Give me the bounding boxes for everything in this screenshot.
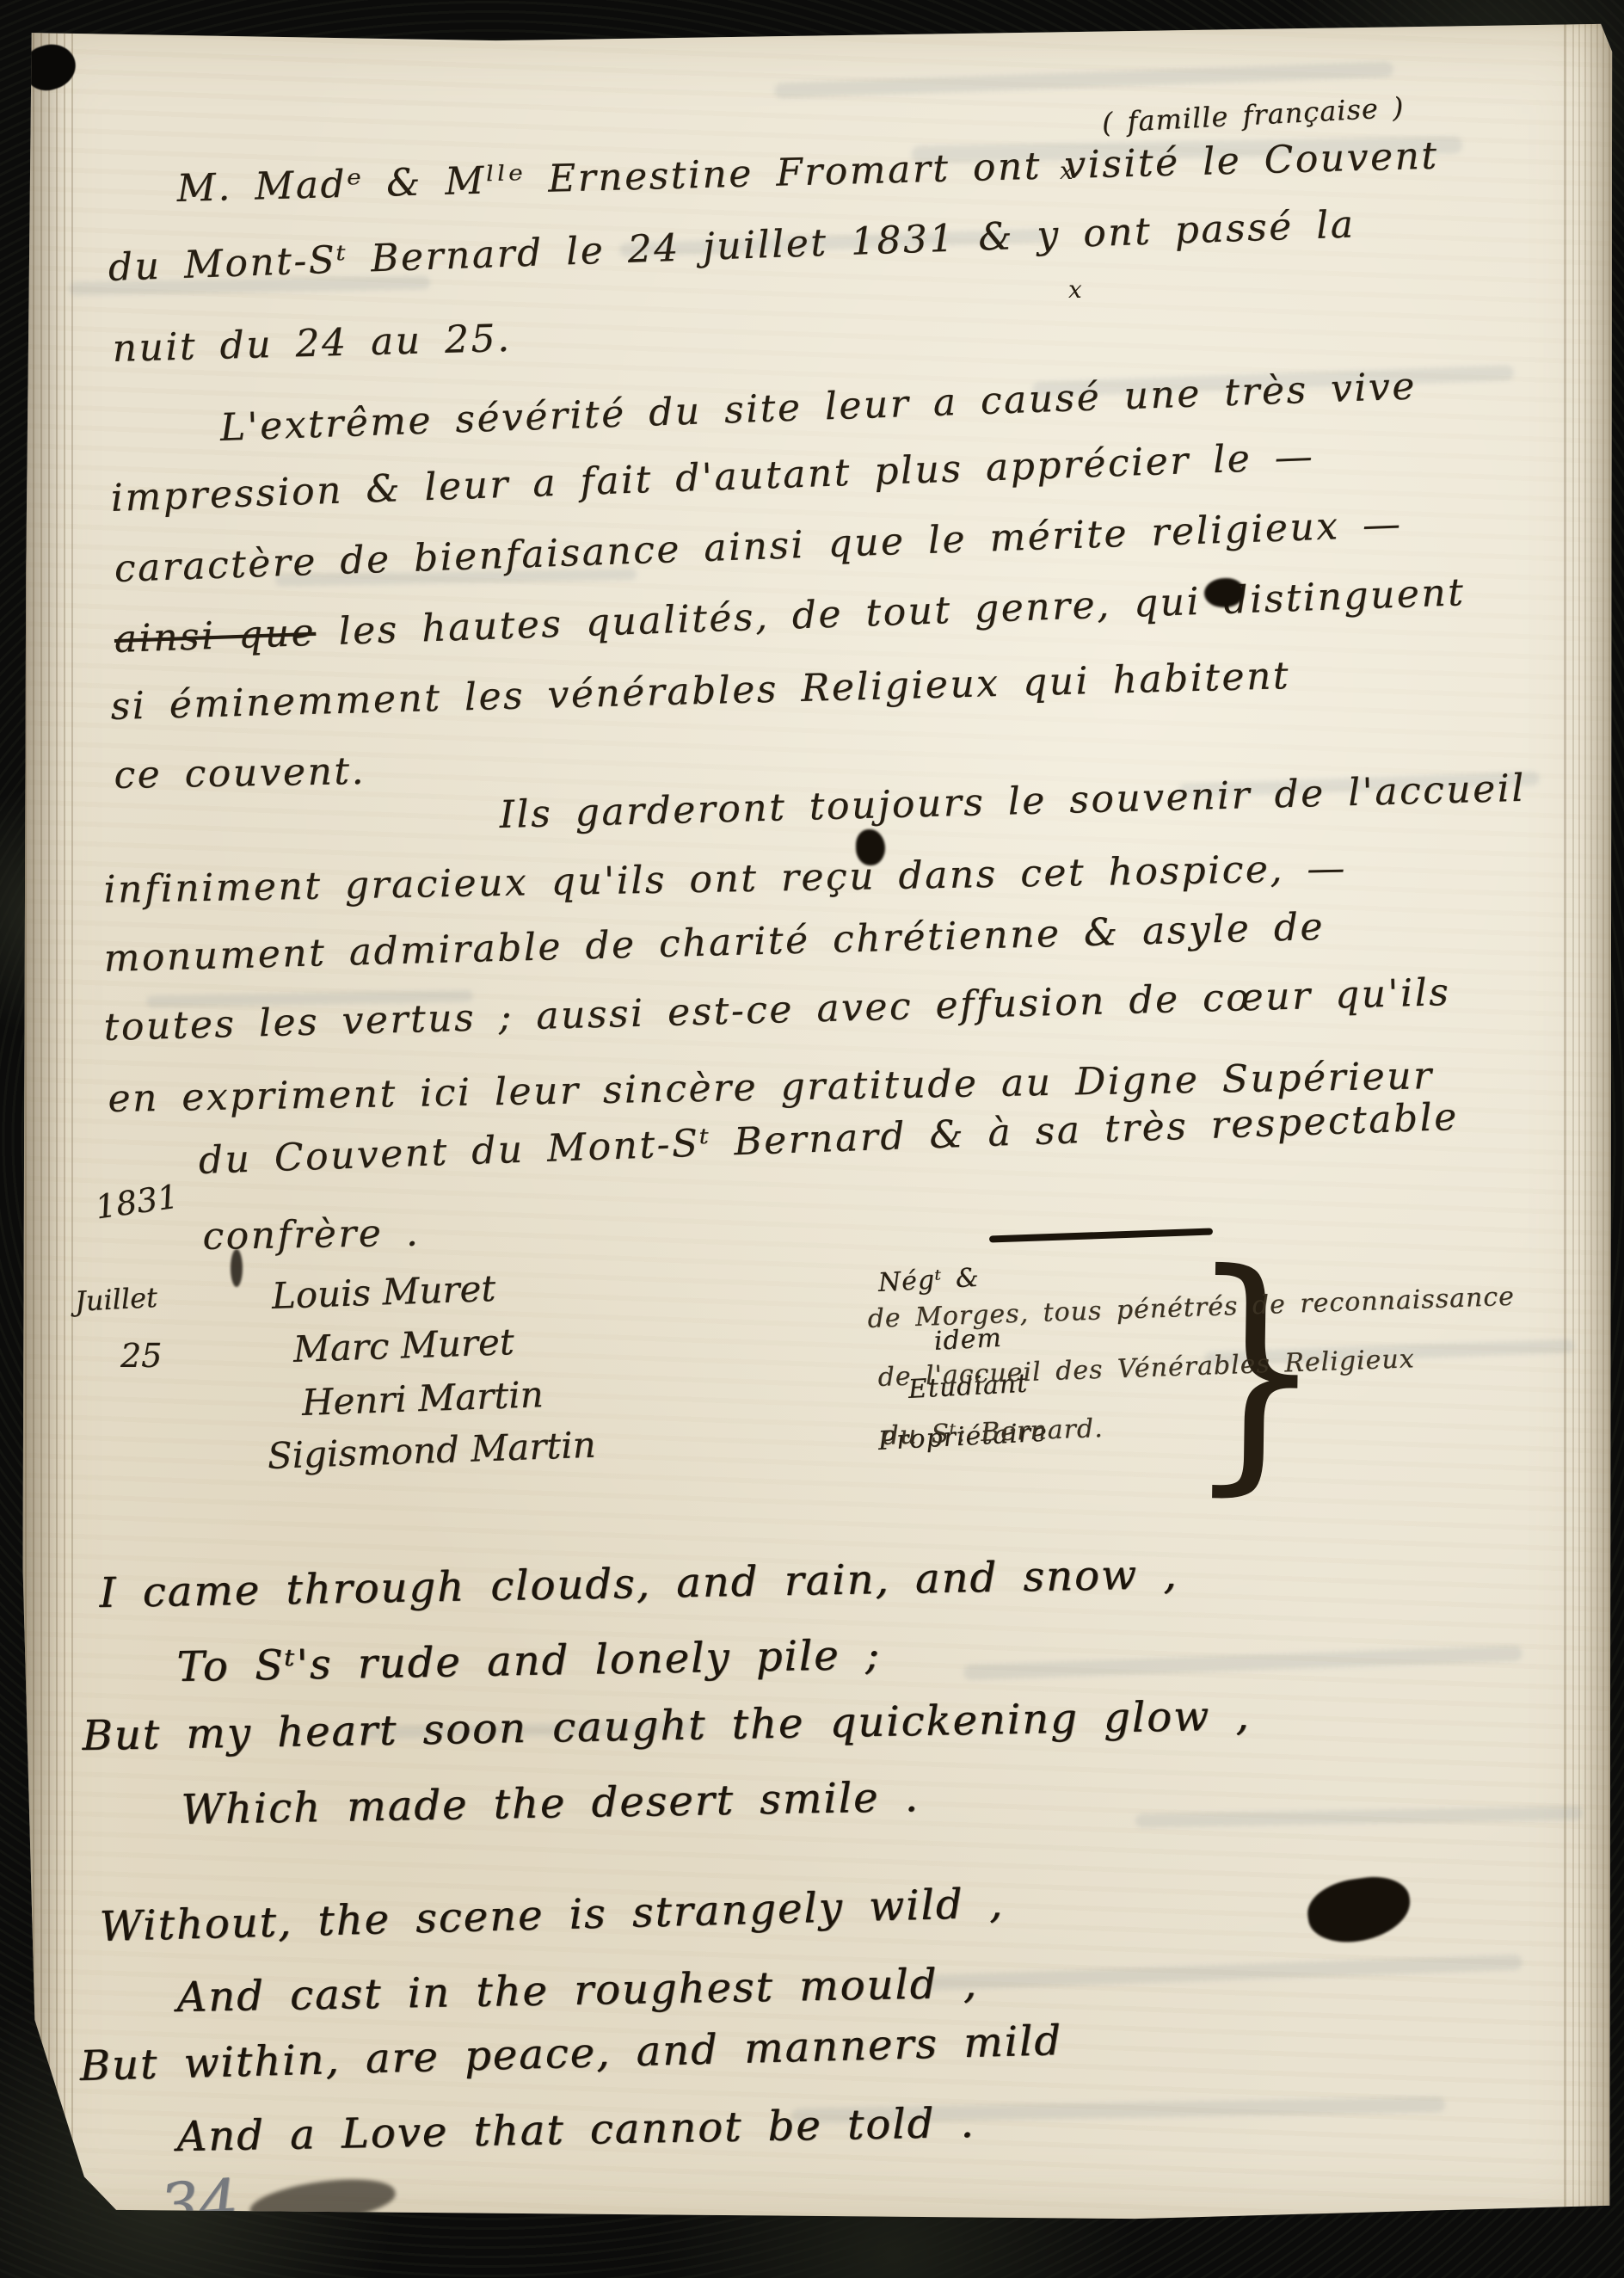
registry-name: Marc Muret [292,1321,514,1370]
insertion-mark: x [1068,275,1082,304]
poem-line: And cast in the roughest mould , [176,1960,978,2022]
poem-line: Which made the desert smile . [181,1773,920,1834]
crossed-out-text: ainsi que [114,611,317,662]
entry-line-fr: infiniment gracieux qu'ils ont reçu dans… [103,847,1347,912]
entry-line-fr: ce couvent. [114,749,366,797]
entry-line-fr: du Mont-Sᵗ Bernard le 24 juillet 1831 & … [108,202,1356,290]
page-crease [1564,21,1566,2230]
book-scan-background: { "annotation": { "text": "( famille fra… [0,0,1624,2278]
registry-occupation: Négᵗ & [877,1263,981,1298]
manuscript-page: ( famille française ) x x M. Madᵉ & Mˡˡᵉ… [17,21,1614,2230]
entry-line-fr: si éminemment les vénérables Religieux q… [110,654,1291,729]
page-edge-right [1572,21,1614,2230]
entry-line-fr: caractère de bienfaisance ainsi que le m… [114,502,1403,591]
poem-line: To Sᵗ's rude and lonely pile ; [176,1631,881,1691]
margin-year: 1831 [93,1178,181,1227]
registry-name: Sigismond Martin [267,1424,596,1477]
poem-line: But my heart soon caught the quickening … [82,1691,1251,1760]
ink-blot [856,829,885,865]
ink-smear [247,2170,397,2232]
poem-line: I came through clouds, and rain, and sno… [99,1550,1178,1617]
ghost-bleed-line [963,1646,1522,1681]
poem-line: And a Love that cannot be told . [176,2099,975,2161]
entry-line-fr: toutes les vertus ; aussi est-ce avec ef… [103,970,1451,1050]
margin-month: Juillet [74,1281,158,1318]
ghost-bleed-line [1135,1806,1583,1827]
registry-name: Henri Martin [301,1373,544,1424]
ghost-bleed-line [774,61,1393,98]
annotation-famille: ( famille française ) [1101,91,1405,139]
entry-line-fr: les hautes qualités, de tout genre, qui … [338,570,1467,654]
margin-day: 25 [120,1337,162,1375]
page-edge-left [17,21,74,2230]
entry-line-fr: M. Madᵉ & Mˡˡᵉ Ernestine Fromart ont vis… [176,134,1439,211]
poem-line: Without, the scene is strangely wild , [99,1879,1005,1951]
pencil-page-number: 34 [157,2165,240,2243]
ink-blot [1304,1872,1415,1948]
ghost-bleed-line [920,1955,1522,1991]
entry-line-fr: monument admirable de charité chrétienne… [103,905,1326,981]
poem-line: But within, are peace, and manners mild [79,2016,1063,2090]
registry-note-line: du Sᵗ: Bernard. [882,1413,1104,1451]
entry-line-fr: nuit du 24 au 25. [112,317,512,371]
ink-blot [231,1249,243,1287]
ink-flourish [989,1228,1213,1242]
entry-line-fr: Ils garderont toujours le souvenir de l'… [499,767,1526,837]
registry-name: Louis Muret [271,1267,496,1317]
ink-blot [1204,578,1244,607]
